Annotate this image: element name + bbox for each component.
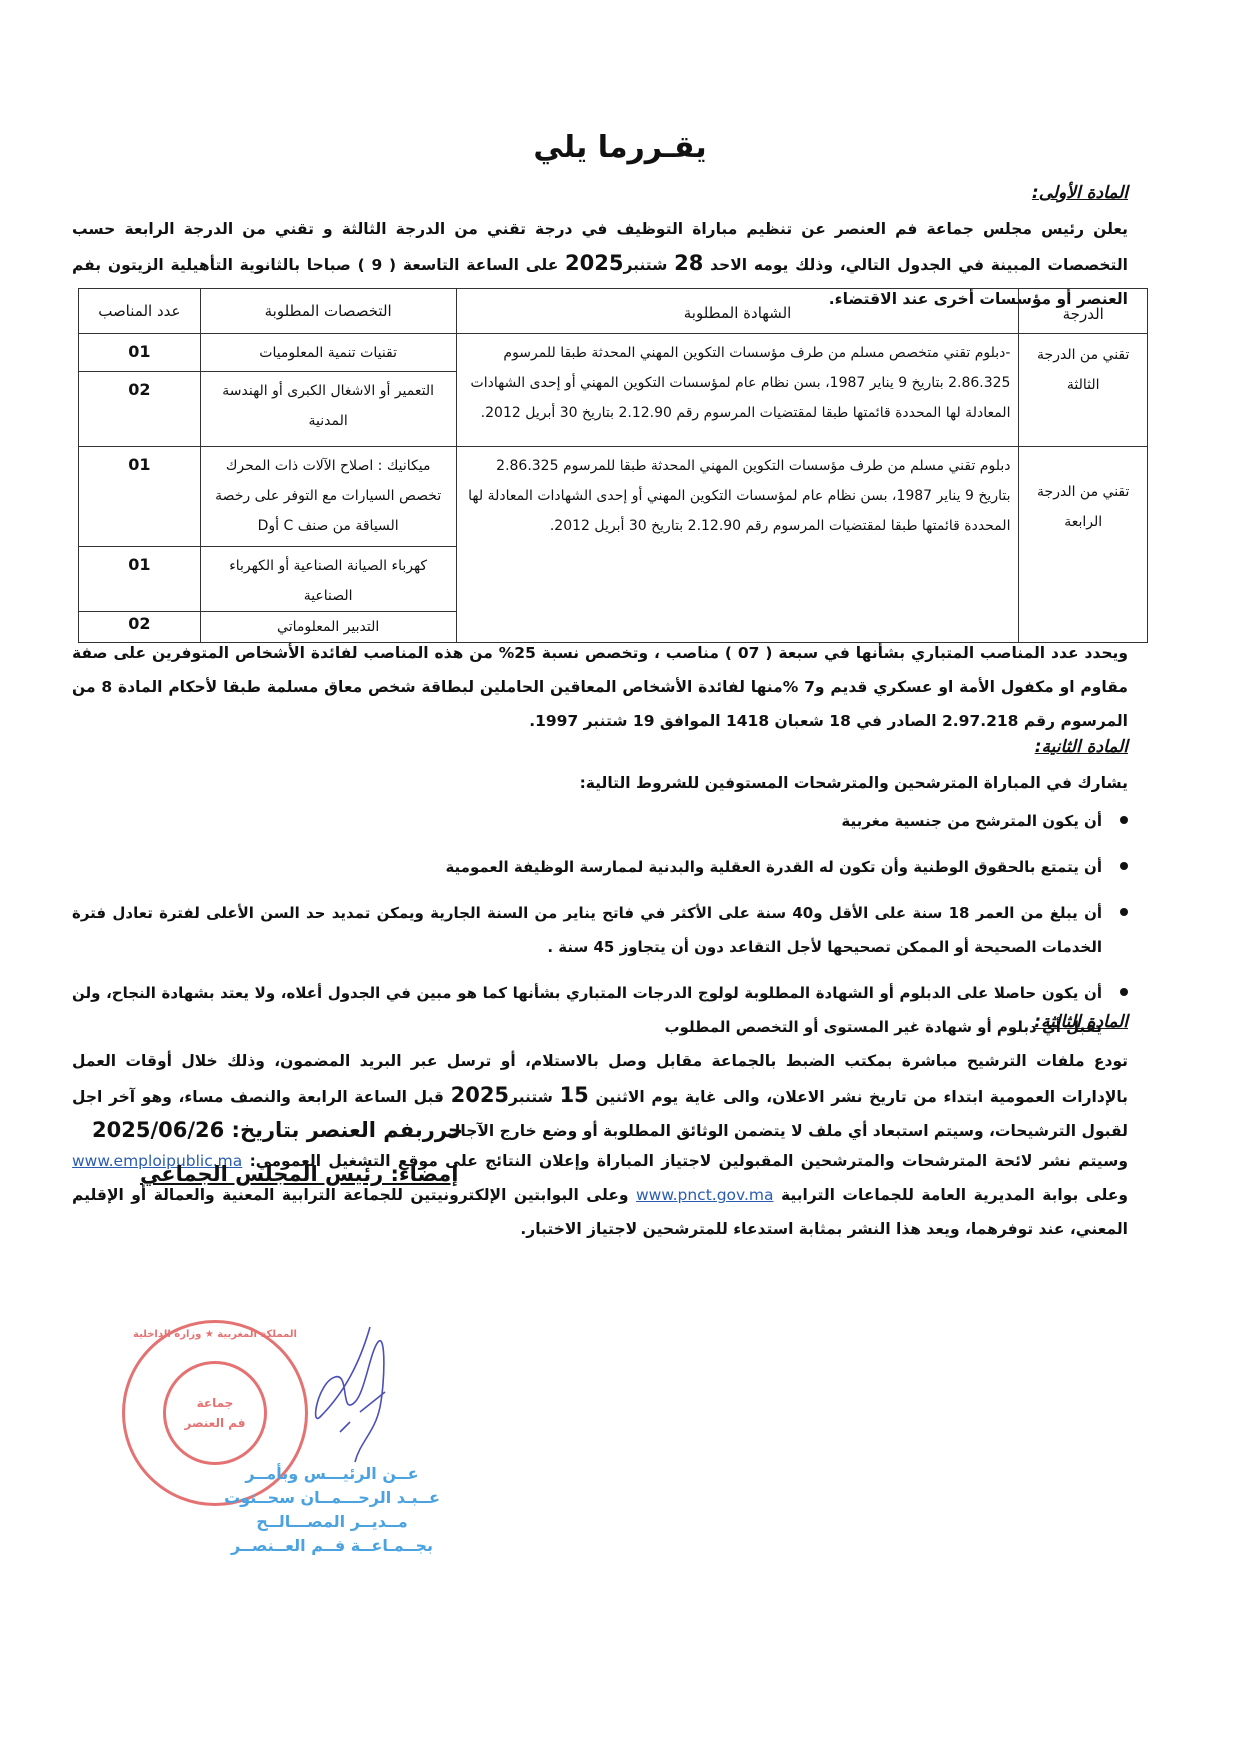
stamp-center-line: فم العنصر: [184, 1413, 245, 1433]
count-cell: 01: [79, 334, 201, 372]
publication-text: وعلى بوابة المديرية العامة للجماعات التر…: [774, 1186, 1128, 1204]
delegation-stamp: عــن الرئيـــس وبأمــر عــبـد الرحـــمــ…: [222, 1462, 442, 1558]
article3-heading: المادة الثالثة:: [1034, 1012, 1128, 1032]
document-title: يقـررما يلي: [0, 130, 1240, 165]
header-count: عدد المناصب: [79, 289, 201, 334]
exam-year: 2025: [565, 251, 623, 275]
stamp-ring-text: المملكة المغربية ★ وزارة الداخلية: [125, 1329, 305, 1340]
signer-title: إمضاء: رئيس المجلس الجماعي: [140, 1162, 458, 1186]
condition-text: أن يبلغ من العمر 18 سنة على الأقل و40 سن…: [72, 904, 1102, 956]
header-diploma: الشهادة المطلوبة: [456, 289, 1019, 334]
specialty-cell: كهرباء الصيانة الصناعية أو الكهرباء الصن…: [200, 547, 456, 612]
condition-text: أن يتمتع بالحقوق الوطنية وأن تكون له الق…: [445, 858, 1102, 876]
table-row: تقني من الدرجة الثالثة -دبلوم تقني متخصص…: [79, 334, 1148, 372]
stamp-center: جماعة فم العنصر: [163, 1361, 267, 1465]
article1-heading: المادة الأولى:: [1032, 183, 1128, 203]
grade-cell: تقني من الدرجة الثالثة: [1019, 334, 1148, 447]
table-header-row: الدرجة الشهادة المطلوبة التخصصات المطلوب…: [79, 289, 1148, 334]
count-cell: 01: [79, 447, 201, 547]
header-specialties: التخصصات المطلوبة: [200, 289, 456, 334]
condition-text: أن يكون حاصلا على الدبلوم أو الشهادة الم…: [72, 984, 1102, 1036]
delegation-line: عــبـد الرحـــمــان سحــتوت: [222, 1486, 442, 1510]
decision-document: يقـررما يلي المادة الأولى: يعلن رئيس مجل…: [0, 0, 1240, 1754]
exam-day: 28: [674, 251, 703, 275]
exam-month: شتنبر: [624, 256, 675, 274]
specialty-cell: ميكانيك : اصلاح الآلات ذات المحرك تخصص ا…: [200, 447, 456, 547]
handwritten-signature-icon: [300, 1322, 400, 1472]
deadline-month: شتنبر: [509, 1088, 560, 1106]
stamp-center-line: جماعة: [197, 1393, 234, 1413]
count-cell: 01: [79, 547, 201, 612]
grade-cell: تقني من الدرجة الرابعة: [1019, 447, 1148, 643]
deadline-day: 15: [560, 1083, 589, 1107]
article3-publication-paragraph: وسيتم نشر لائحة المترشحات والمترشحين الم…: [72, 1144, 1128, 1246]
diploma-cell: دبلوم تقني مسلم من طرف مؤسسات التكوين ال…: [456, 447, 1019, 643]
delegation-line: عــن الرئيـــس وبأمــر: [222, 1462, 442, 1486]
bullet-icon: [1120, 908, 1128, 916]
condition-text: أن يكون المترشح من جنسية مغربية: [841, 812, 1102, 830]
table-row: تقني من الدرجة الرابعة دبلوم تقني مسلم م…: [79, 447, 1148, 547]
diploma-cell: -دبلوم تقني متخصص مسلم من طرف مؤسسات الت…: [456, 334, 1019, 447]
delegation-line: مــديــر المصـــالــح: [222, 1510, 442, 1534]
count-cell: 02: [79, 372, 201, 447]
list-item: أن يكون حاصلا على الدبلوم أو الشهادة الم…: [72, 976, 1128, 1044]
specialty-cell: تقنيات تنمية المعلوميات: [200, 334, 456, 372]
delegation-line: بجــمـاعــة فــم العــنصــر: [222, 1534, 442, 1558]
bullet-icon: [1120, 862, 1128, 870]
header-grade: الدرجة: [1019, 289, 1148, 334]
list-item: أن يكون المترشح من جنسية مغربية: [72, 804, 1128, 838]
specialty-cell: التعمير أو الاشغال الكبرى أو الهندسة الم…: [200, 372, 456, 447]
conditions-list: أن يكون المترشح من جنسية مغربية أن يتمتع…: [72, 804, 1128, 1056]
deadline-year: 2025: [451, 1083, 509, 1107]
posts-table: الدرجة الشهادة المطلوبة التخصصات المطلوب…: [78, 288, 1148, 643]
article2-heading: المادة الثانية:: [1035, 737, 1128, 757]
list-item: أن يتمتع بالحقوق الوطنية وأن تكون له الق…: [72, 850, 1128, 884]
pnct-link[interactable]: www.pnct.gov.ma: [636, 1186, 774, 1204]
bullet-icon: [1120, 816, 1128, 824]
posts-paragraph: ويحدد عدد المناصب المتباري بشأنها في سبع…: [72, 636, 1128, 738]
bullet-icon: [1120, 988, 1128, 996]
list-item: أن يبلغ من العمر 18 سنة على الأقل و40 سن…: [72, 896, 1128, 964]
signing-date: حرربفم العنصر بتاريخ: 2025/06/26: [92, 1118, 463, 1142]
article2-intro: يشارك في المباراة المترشحين والمترشحات ا…: [72, 766, 1128, 800]
